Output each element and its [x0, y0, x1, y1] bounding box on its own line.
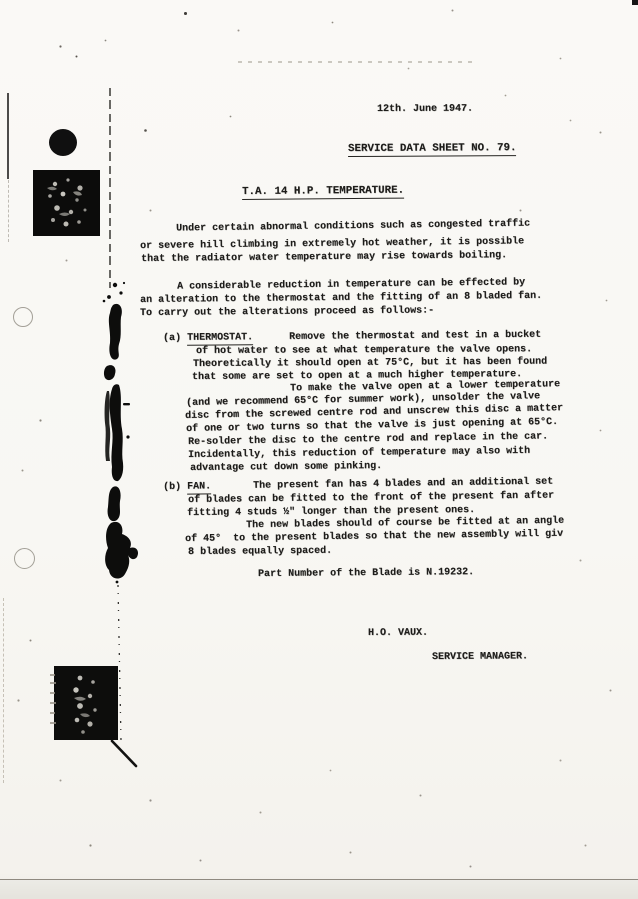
punch-hole-top [13, 307, 33, 327]
date-line: 12th. June 1947. [377, 104, 473, 116]
scanned-service-sheet: 12th. June 1947. SERVICE DATA SHEET NO. … [0, 0, 638, 899]
body-line: of hot water to see at what temperature … [196, 344, 532, 358]
scan-bottom-edge [0, 879, 638, 899]
black-dot-stamp [49, 129, 77, 156]
punch-hole-bottom [14, 548, 35, 569]
redacted-stamp-block-top [33, 170, 100, 236]
left-edge-line-faint [8, 180, 9, 242]
section-b-label: FAN. [187, 481, 211, 494]
part-number-line: Part Number of the Blade is N.19232. [258, 567, 474, 581]
body-line: 8 blades equally spaced. [188, 546, 332, 559]
body-line: that the radiator water temperature may … [141, 250, 507, 266]
corner-mark [632, 0, 638, 5]
paper-speckle-noise [0, 0, 1, 1]
body-line: of blades can be fitted to the front of … [188, 491, 554, 507]
section-a-intro: Remove the thermostat and test in a buck… [253, 330, 541, 344]
body-line: To carry out the alterations proceed as … [140, 305, 434, 320]
sheet-number-title: SERVICE DATA SHEET NO. 79. [348, 142, 517, 155]
document-title: T.A. 14 H.P. TEMPERATURE. [242, 185, 404, 198]
body-line: Incidentally, this reduction of temperat… [188, 446, 530, 462]
section-b-intro: The present fan has 4 blades and an addi… [211, 477, 553, 493]
signature-title: SERVICE MANAGER. [432, 651, 528, 664]
left-edge-line [7, 93, 9, 179]
signature-name: H.O. VAUX. [368, 628, 428, 640]
body-line: Under certain abnormal conditions such a… [140, 219, 530, 236]
section-b-prefix: (b) [163, 482, 187, 493]
section-a-label: THERMOSTAT. [187, 332, 253, 346]
section-a-prefix: (a) [163, 333, 187, 344]
sheet-number-title-text: SERVICE DATA SHEET NO. 79. [348, 142, 517, 157]
document-title-text: T.A. 14 H.P. TEMPERATURE. [242, 185, 404, 200]
body-line: advantage cut down some pinking. [190, 461, 382, 475]
section-a-heading-line: (a) THERMOSTAT. Remove the thermostat an… [163, 330, 541, 345]
left-edge-dots [3, 598, 4, 783]
faint-streak [238, 61, 473, 63]
ink-stain-streak [95, 85, 145, 780]
